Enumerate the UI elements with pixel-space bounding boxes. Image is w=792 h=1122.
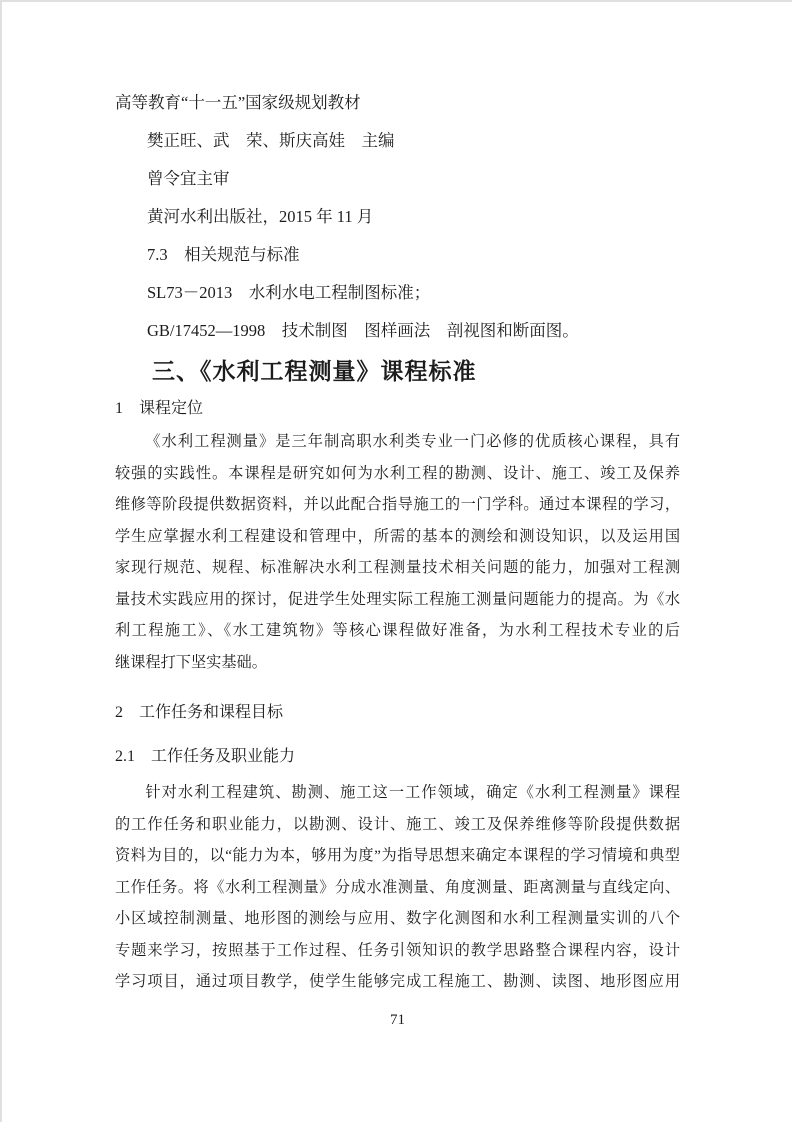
paragraph-line: 《水利工程测量》是三年制高职水利类专业一门必修的优质核心课程，具有 [115, 426, 680, 458]
paragraph-line: 继课程打下坚实基础。 [115, 647, 680, 679]
paragraph-line: 学习项目，通过项目教学，使学生能够完成工程施工、勘测、读图、地形图应用 [115, 966, 680, 998]
paragraph-line: 资料为目的，以“能力为本，够用为度”为指导思想来确定本课程的学习情境和典型 [115, 840, 680, 872]
paragraph-line: 利工程施工》、《水工建筑物》等核心课程做好准备，为水利工程技术专业的后 [115, 615, 680, 647]
paragraph-line: 专题来学习，按照基于工作过程、任务引领知识的教学思路整合课程内容，设计 [115, 935, 680, 967]
section-2-paragraph: 针对水利工程建筑、勘测、施工这一工作领域，确定《水利工程测量》课程 的工作任务和… [115, 777, 680, 998]
paragraph-line: 的工作任务和职业能力，以勘测、设计、施工、竣工及保养维修等阶段提供数据 [115, 809, 680, 841]
section-1-paragraph: 《水利工程测量》是三年制高职水利类专业一门必修的优质核心课程，具有 较强的实践性… [115, 426, 680, 678]
section-2-title: 2 工作任务和课程目标 [115, 695, 680, 731]
paragraph-line: 量技术实践应用的探讨，促进学生处理实际工程施工测量问题能力的提高。为《水 [115, 584, 680, 616]
section-1-title: 1 课程定位 [115, 391, 680, 426]
front-matter-line: 7.3 相关规范与标准 [147, 236, 680, 274]
front-matter-line: 曾令宜主审 [147, 160, 680, 198]
paragraph-line: 针对水利工程建筑、勘测、施工这一工作领域，确定《水利工程测量》课程 [115, 777, 680, 809]
paragraph-line: 小区域控制测量、地形图的测绘与应用、数字化测图和水利工程测量实训的八个 [115, 903, 680, 935]
front-matter-line: SL73－2013 水利水电工程制图标准； [147, 274, 680, 312]
front-matter-line: GB/17452—1998 技术制图 图样画法 剖视图和断面图。 [147, 312, 680, 350]
main-heading: 三、《水利工程测量》课程标准 [152, 355, 680, 388]
front-matter-line: 樊正旺、武 荣、斯庆高娃 主编 [147, 122, 680, 160]
paragraph-line: 学生应掌握水利工程建设和管理中，所需的基本的测绘和测设知识，以及运用国 [115, 521, 680, 553]
document-page: 高等教育“十一五”国家级规划教材 樊正旺、武 荣、斯庆高娃 主编 曾令宜主审 黄… [0, 0, 792, 1122]
paragraph-line: 较强的实践性。本课程是研究如何为水利工程的勘测、设计、施工、竣工及保养 [115, 458, 680, 490]
front-matter-block: 高等教育“十一五”国家级规划教材 樊正旺、武 荣、斯庆高娃 主编 曾令宜主审 黄… [115, 84, 680, 350]
paragraph-line: 维修等阶段提供数据资料，并以此配合指导施工的一门学科。通过本课程的学习， [115, 489, 680, 521]
paragraph-line: 家现行规范、规程、标准解决水利工程测量技术相关问题的能力，加强对工程测 [115, 552, 680, 584]
paragraph-line: 工作任务。将《水利工程测量》分成水准测量、角度测量、距离测量与直线定向、 [115, 872, 680, 904]
page-number: 71 [115, 1010, 680, 1030]
front-matter-line: 高等教育“十一五”国家级规划教材 [115, 84, 680, 122]
front-matter-line: 黄河水利出版社，2015 年 11 月 [147, 198, 680, 236]
section-2-1-title: 2.1 工作任务及职业能力 [115, 739, 680, 775]
